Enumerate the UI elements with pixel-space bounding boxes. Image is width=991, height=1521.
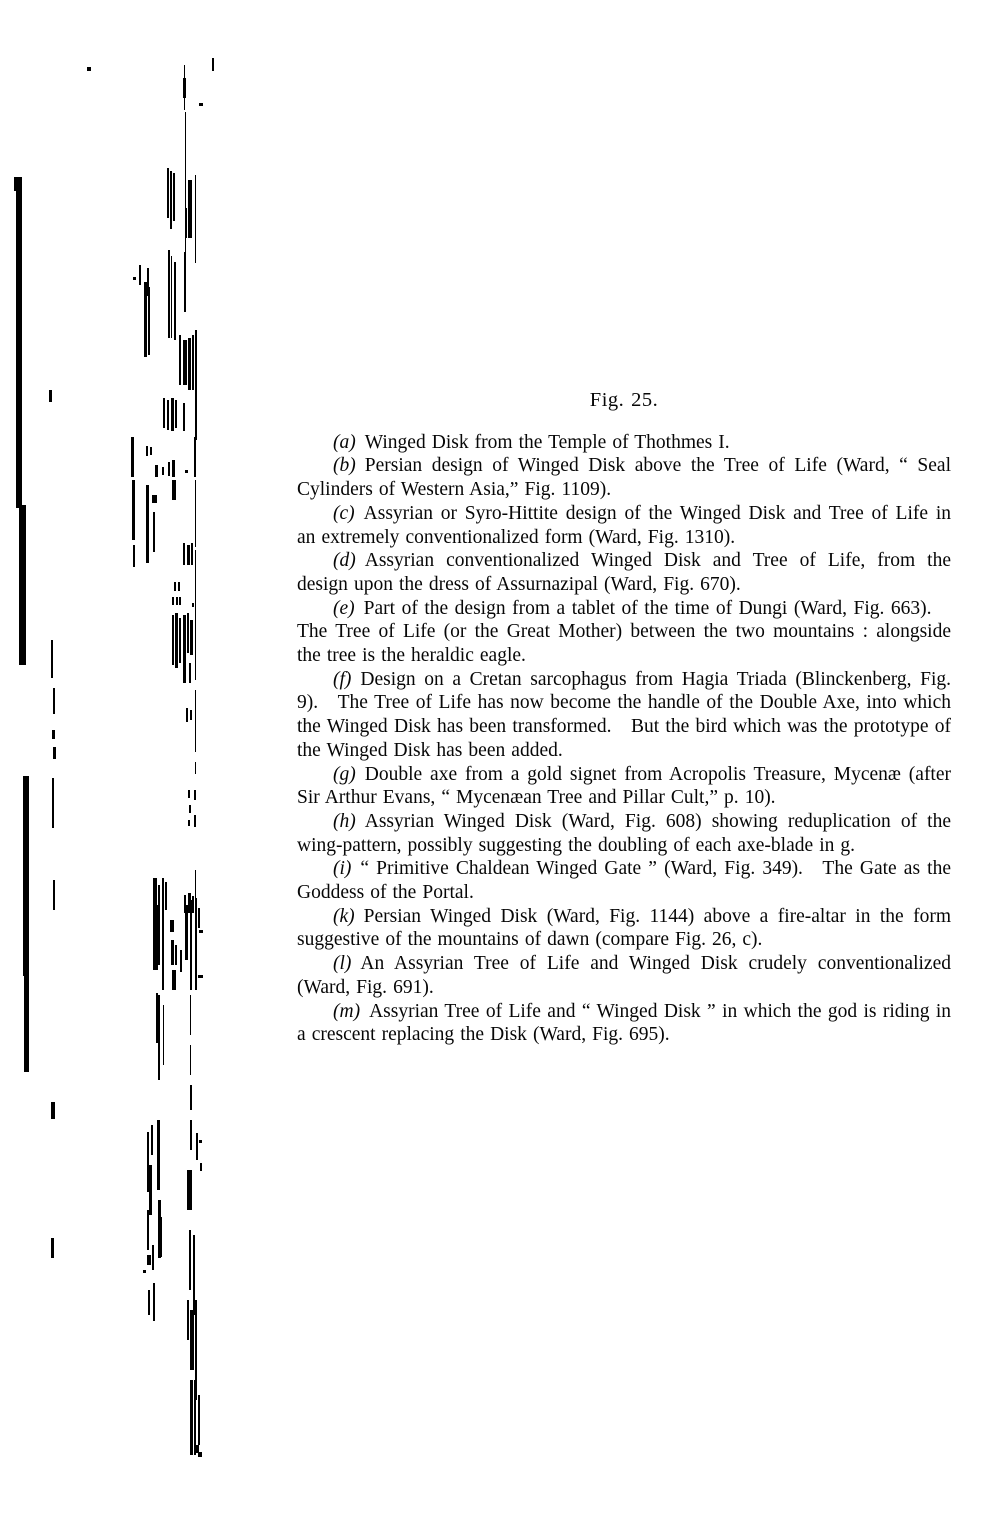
scan-artifact-mark [185,112,186,262]
scan-artifact-mark [165,882,167,910]
scan-artifact-mark [195,690,196,752]
scan-artifact-mark [53,688,55,714]
scan-artifact-mark [194,1380,196,1455]
scan-artifact-mark [152,1245,154,1270]
figure-item: (g)Double axe from a gold signet from Ac… [297,763,951,810]
scan-artifact-mark [194,790,196,800]
scan-artifact-mark [187,545,190,565]
item-text: Assyrian or Syro-Hittite design of the W… [297,503,951,548]
scan-artifact-mark [52,730,55,739]
scan-artifact-mark [200,1163,202,1171]
item-label: (m) [333,1001,360,1022]
scan-artifact-mark [176,597,178,605]
scan-artifact-mark [133,277,136,280]
item-label: (i) [333,858,351,879]
scan-artifact-mark [190,1120,192,1150]
scan-artifact-mark [153,512,155,552]
scan-artifact-mark [53,747,56,759]
scan-artifact-mark [179,335,181,385]
scan-artifact-mark [199,1140,202,1143]
scan-artifact-mark [192,603,194,607]
scan-artifact-mark [185,470,188,473]
item-label: (e) [333,598,355,619]
scan-artifact-mark [198,908,200,928]
scan-artifact-mark [188,790,190,798]
scan-artifact-mark [174,582,176,591]
figure-item: (d)Assyrian conventionalized Winged Disk… [297,549,951,596]
scan-artifact-mark [198,975,203,978]
item-label: (d) [333,550,356,571]
scan-artifact-mark [190,1045,191,1075]
scan-artifact-mark [187,1300,189,1340]
scan-artifact-mark [198,1452,202,1457]
scan-artifact-mark [184,252,186,312]
item-text: An Assyrian Tree of Life and Winged Disk… [297,953,951,998]
scan-artifact-mark [16,188,22,508]
scan-artifact-mark [195,898,197,990]
scan-artifact-mark [195,480,196,547]
scan-artifact-mark [183,543,185,565]
scan-artifact-mark [171,398,174,431]
scan-artifact-mark [132,480,135,540]
scan-artifact-mark [139,265,141,285]
item-text: Assyrian Winged Disk (Ward, Fig. 608) sh… [297,811,951,856]
scan-artifact-mark [175,945,177,965]
item-text: Winged Disk from the Temple of Thothmes … [365,432,730,453]
scan-artifact-mark [51,1102,55,1119]
scan-artifact-mark [51,1238,54,1258]
scan-artifact-mark [171,940,174,965]
scan-artifact-mark [87,67,91,71]
scan-artifact-mark [163,398,165,428]
figure-caption: Fig. 25. [297,389,951,413]
item-text: Design on a Cretan sarcophagus from Hagi… [297,669,951,761]
figure-item: (b)Persian design of Winged Disk above t… [297,454,951,501]
scan-artifact-mark [188,820,190,826]
figure-item: (i)“ Primitive Chaldean Winged Gate ” (W… [297,857,951,904]
figure-item: (f)Design on a Cretan sarcophagus from H… [297,668,951,763]
scan-artifact-mark [158,910,160,965]
scan-artifact-mark [178,582,180,591]
figure-item: (c)Assyrian or Syro-Hittite design of th… [297,502,951,549]
scan-artifact-mark [172,970,176,990]
scan-artifact-mark [147,1210,149,1250]
scan-artifact-mark [146,485,149,563]
item-label: (a) [333,432,356,453]
scan-artifact-mark [153,1283,155,1321]
scan-artifact-mark [160,1217,162,1257]
item-text: Persian Winged Disk (Ward, Fig. 1144) ab… [297,906,951,951]
item-label: (h) [333,811,356,832]
scan-artifact-mark [167,400,169,430]
scan-artifact-mark [172,460,175,477]
item-label: (f) [333,669,351,690]
scan-artifact-mark [23,776,29,976]
item-text: Assyrian Tree of Life and “ Winged Disk … [297,1001,951,1046]
figure-item: (l)An Assyrian Tree of Life and Winged D… [297,952,951,999]
figure-item: (h)Assyrian Winged Disk (Ward, Fig. 608)… [297,810,951,857]
scan-artifact-mark [19,505,26,665]
scan-artifact-mark [162,900,164,990]
item-label: (c) [333,503,355,524]
scan-artifact-mark [144,282,147,357]
scanned-page: Fig. 25. (a)Winged Disk from the Temple … [0,0,991,1521]
scan-artifact-mark [172,480,176,500]
scan-artifact-mark [146,446,148,456]
scan-artifact-mark [190,620,193,655]
scan-artifact-mark [183,665,186,683]
scan-artifact-mark [194,815,196,827]
scan-artifact-mark [183,615,186,665]
figure-item: (a)Winged Disk from the Temple of Thothm… [297,431,951,455]
scan-artifact-mark [133,545,135,567]
scan-artifact-mark [183,403,185,431]
scan-artifact-mark [162,467,164,475]
scan-artifact-mark [170,171,172,229]
scan-artifact-mark [168,462,170,476]
scan-artifact-mark [148,1290,150,1315]
scan-artifact-mark [175,400,177,428]
scan-artifact-mark [147,1255,151,1265]
scan-artifact-mark [163,1005,164,1065]
scan-artifact-mark [187,1170,192,1210]
item-text: Part of the design from a tablet of the … [297,598,951,666]
scan-artifact-mark [150,447,152,455]
scan-artifact-mark [167,168,169,218]
figure-item: (m)Assyrian Tree of Life and “ Winged Di… [297,1000,951,1047]
scan-artifact-mark [49,390,52,402]
scan-artifact-mark [195,550,196,680]
scan-artifact-mark [179,597,181,605]
scan-artifact-mark [190,1085,192,1110]
scan-artifact-mark [195,762,196,774]
scan-artifact-mark [158,995,160,1080]
scan-artifact-mark [172,615,174,665]
scan-artifact-mark [24,970,29,1072]
scan-artifact-mark [171,256,172,338]
item-text: Persian design of Winged Disk above the … [297,455,951,500]
scan-artifact-mark [148,287,150,355]
item-label: (g) [333,764,356,785]
item-label: (b) [333,455,356,476]
item-text: Assyrian conventionalized Winged Disk an… [297,550,951,595]
scan-artifact-mark [212,58,214,71]
scan-artifact-mark [188,180,192,238]
scan-artifact-mark [155,465,158,477]
figure-description-block: Fig. 25. (a)Winged Disk from the Temple … [297,389,951,1047]
scan-artifact-mark [157,1120,160,1190]
scan-artifact-mark [183,340,187,385]
scan-artifact-mark [52,778,54,828]
scan-artifact-mark [192,896,194,913]
scan-artifact-mark [179,618,181,663]
scan-artifact-mark [192,335,194,390]
scan-artifact-mark [189,663,191,683]
scan-artifact-mark [187,613,189,653]
scan-artifact-mark [195,175,196,263]
scan-artifact-mark [152,495,157,503]
scan-artifact-mark [199,930,203,933]
scan-artifact-mark [131,437,134,477]
scan-artifact-mark [175,613,178,668]
item-text: “ Primitive Chaldean Winged Gate ” (Ward… [297,858,951,903]
scan-artifact-mark [168,250,170,338]
scan-artifact-mark [190,900,192,990]
scan-artifact-mark [173,173,175,221]
scan-artifact-mark [199,103,203,106]
scan-artifact-mark [53,880,55,910]
scan-artifact-mark [195,330,197,440]
scan-artifact-mark [189,805,191,813]
item-label: (k) [333,906,355,927]
scan-artifact-mark [198,1395,200,1445]
scan-artifact-mark [186,708,188,722]
scan-artifact-mark [185,208,187,238]
item-label: (l) [333,953,351,974]
figure-item: (k)Persian Winged Disk (Ward, Fig. 1144)… [297,905,951,952]
scan-artifact-mark [174,262,176,340]
scan-artifact-mark [194,437,196,477]
scan-artifact-mark [151,1125,153,1155]
scan-artifact-mark [149,1165,152,1215]
scan-artifact-mark [188,338,191,390]
scan-artifact-mark [170,920,174,932]
scan-artifact-mark [190,1380,193,1455]
scan-artifact-mark [158,885,160,910]
scan-artifact-mark [143,1270,146,1273]
scan-artifact-mark [190,710,192,720]
scan-artifact-mark [183,78,186,98]
scan-artifact-mark [196,1133,198,1160]
scan-artifact-mark [190,1310,194,1370]
scan-artifact-mark [190,995,191,1035]
scan-artifact-mark [185,905,188,960]
item-text: Double axe from a gold signet from Acrop… [297,764,951,809]
figure-item: (e)Part of the design from a tablet of t… [297,597,951,668]
scan-artifact-mark [191,543,193,565]
scan-artifact-mark [172,597,174,605]
scan-artifact-mark [189,1230,191,1290]
scan-artifact-mark [51,640,53,678]
scan-artifact-mark [180,950,182,972]
